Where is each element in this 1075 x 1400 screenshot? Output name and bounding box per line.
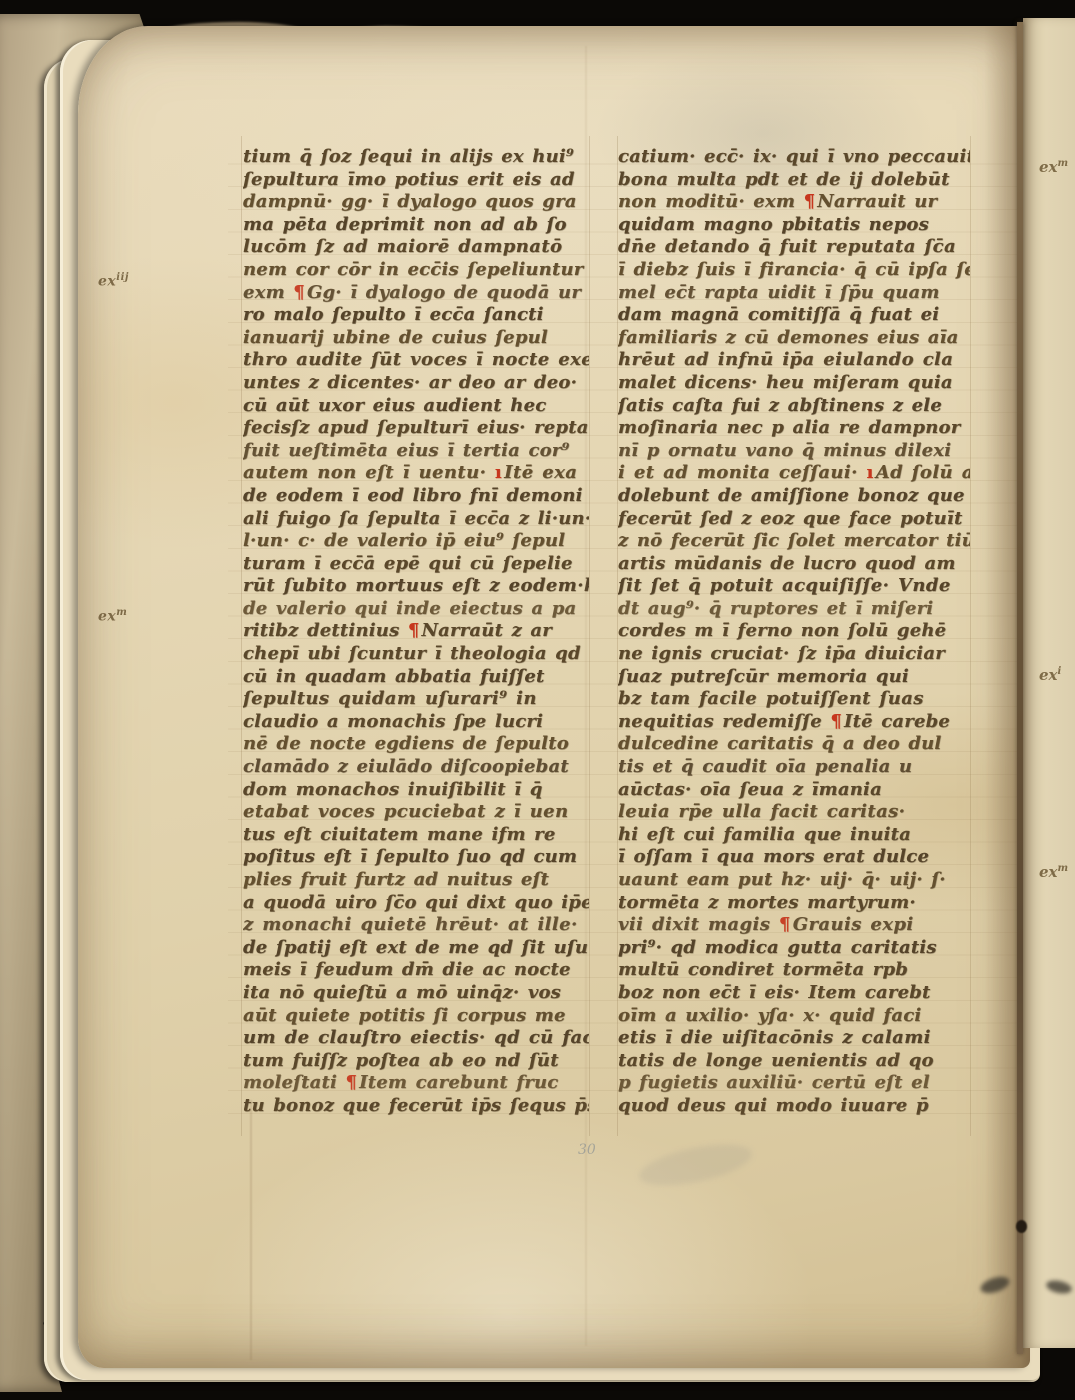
text-run: ī diebz ſuis ī firancia· q̄ cū ipſa ſe — [618, 259, 970, 280]
text-run: ī oſſam ī qua mors erat dulce — [618, 846, 929, 867]
text-run: tus eſt ciuitatem mane ifm re — [243, 824, 556, 845]
text-run: dam magnā comitiſſā q̄ fuat ei — [618, 304, 939, 325]
text-run: fecerūt ſed z eoz que face potuīt — [618, 508, 962, 529]
text-line: oīm a uxilio· yſa· x· quid faci — [618, 1005, 970, 1028]
text-line: tis et q̄ caudit oīa penalia u — [618, 756, 970, 779]
text-line: ne ignis cruciat· ſz ip̄a diuiciar — [618, 643, 970, 666]
text-run: lucōm ſz ad maiorē dampnatō — [243, 236, 562, 257]
text-run: tormēta z mortes martyrum· — [618, 892, 916, 913]
text-line: artis mūdanis de lucro quod am — [618, 553, 970, 576]
text-line: cū in quadam abbatia fuiſſet — [243, 666, 589, 689]
text-run: dn̄e detando q̄ fuit reputata ſc̄a — [618, 236, 956, 257]
text-line: um de clauſtro eiectis· qd cū fac — [243, 1027, 589, 1050]
text-line: i et ad monita ceſſaui· ıAd ſolū aūt — [618, 462, 970, 485]
text-line: tum fuiſſz poſtea ab eo nd ſūt — [243, 1050, 589, 1073]
text-run: tu bonoz que fecerūt ip̄s ſequs p̄s — [243, 1095, 589, 1116]
text-run: Narrauit ur — [817, 191, 937, 212]
margin-note: exm — [98, 607, 127, 625]
text-line: ma pēta deprimit non ad ab ſo — [243, 214, 589, 237]
text-run: tis et q̄ caudit oīa penalia u — [618, 756, 912, 777]
text-line: p fugietis auxiliū· certū eſt el — [618, 1072, 970, 1095]
text-line: ſepultus quidam uſurari⁹ in — [243, 688, 589, 711]
text-line: ſatis caſta fui z abſtinens z ele — [618, 395, 970, 418]
text-run: aūt quiete potitis ſi corpus me — [243, 1005, 566, 1026]
text-line: meis ī feudum dm̄ die ac nocte — [243, 959, 589, 982]
adjacent-page: exmexiexm — [1023, 18, 1075, 1348]
text-line: fecisſz apud ſepulturī eius· repta — [243, 417, 589, 440]
text-line: tu bonoz que fecerūt ip̄s ſequs p̄s — [243, 1095, 589, 1118]
text-line: a quodā uiro ſc̄o qui dixt quo ip̄e — [243, 892, 589, 915]
text-run: de ſpatij eſt ext de me qd ſit uſuris — [243, 937, 589, 958]
text-run: a quodā uiro ſc̄o qui dixt quo ip̄e — [243, 892, 589, 913]
text-run: claudio a monachis ſpe lucri — [243, 711, 543, 732]
text-run: ita nō quieſtū a mō uinq̄z· vos — [243, 982, 561, 1003]
text-line: ſit ſet q̄ potuit acquiſiſſe· Vnde — [618, 575, 970, 598]
text-run: l·un· c· de valerio ip̄ eiu⁹ ſepul — [243, 530, 565, 551]
text-line: dn̄e detando q̄ fuit reputata ſc̄a — [618, 236, 970, 259]
text-run: aūctas· oīa ſeua z īmania — [618, 779, 882, 800]
text-run: bona multa pdt et de ij dolebūt — [618, 169, 950, 190]
text-line: quidam magno pbitatis nepos — [618, 214, 970, 237]
text-run: meis ī feudum dm̄ die ac nocte — [243, 959, 571, 980]
text-run: tatis de longe uenientis ad qo — [618, 1050, 934, 1071]
rubric-paraph-mark: ¶ — [408, 620, 422, 641]
text-line: catium· ecc̄· ix· qui ī vno peccauit — [618, 146, 970, 169]
text-line: aūctas· oīa ſeua z īmania — [618, 779, 970, 802]
text-run: multū condiret tormēta rpb — [618, 959, 908, 980]
text-run: poſitus eſt ī ſepulto ſuo qd cum — [243, 846, 577, 867]
text-run: non moditū· exm — [618, 191, 804, 212]
text-line: bona multa pdt et de ij dolebūt — [618, 169, 970, 192]
rubric-paraph-mark: ¶ — [293, 282, 307, 303]
text-run: oīm a uxilio· yſa· x· quid faci — [618, 1005, 921, 1026]
text-line: nem cor cōr in ecc̄is ſepeliuntur — [243, 259, 589, 282]
text-run: Gg· ī dyalogo de quodā ur — [307, 282, 581, 303]
text-run: boz non ec̄t ī eis· Item carebt — [618, 982, 931, 1003]
column-rule-line — [970, 136, 971, 1136]
margin-note: exi — [1039, 666, 1061, 684]
text-run: tium q̄ ſoz ſequi in alijs ex hui⁹ — [243, 146, 574, 167]
text-line: nē de nocte egdiens de ſepulto — [243, 733, 589, 756]
text-run: uaunt eam put hz· uij· q̄· uij· ſ· — [618, 869, 946, 890]
text-column-left: tium q̄ ſoz ſequi in alijs ex hui⁹ſepult… — [243, 146, 589, 1128]
text-run: thro audite ſūt voces ī nocte exe — [243, 349, 589, 370]
text-line: de valerio qui inde eiectus a pa — [243, 598, 589, 621]
text-line: ro malo ſepulto ī ecc̄a ſancti — [243, 304, 589, 327]
text-line: dam magnā comitiſſā q̄ fuat ei — [618, 304, 970, 327]
text-line: hrēut ad infnū ip̄a eiulando cla — [618, 349, 970, 372]
faded-smudge — [636, 1136, 756, 1193]
text-line: lucōm ſz ad maiorē dampnatō — [243, 236, 589, 259]
rubric-paraph-mark: ¶ — [779, 914, 793, 935]
text-run: cū in quadam abbatia fuiſſet — [243, 666, 545, 687]
margin-note: exm — [1039, 863, 1068, 881]
text-run: Itē carebe — [844, 711, 950, 732]
manuscript-page: tium q̄ ſoz ſequi in alijs ex hui⁹ſepult… — [78, 26, 1030, 1368]
text-run: de valerio qui inde eiectus a pa — [243, 598, 576, 619]
text-column-right: catium· ecc̄· ix· qui ī vno peccauitbona… — [618, 146, 970, 1128]
text-line: l·un· c· de valerio ip̄ eiu⁹ ſepul — [243, 530, 589, 553]
text-run: ro malo ſepulto ī ecc̄a ſancti — [243, 304, 544, 325]
text-run: cū aūt uxor eius audient hec — [243, 395, 546, 416]
text-line: thro audite ſūt voces ī nocte exe — [243, 349, 589, 372]
text-run: moſinaria nec p alia re dampnor — [618, 417, 960, 438]
text-run: ſepultus quidam uſurari⁹ in — [243, 688, 537, 709]
text-line: etabat voces pcuciebat z ī uen — [243, 801, 589, 824]
text-line: cū aūt uxor eius audient hec — [243, 395, 589, 418]
margin-note: exiij — [98, 272, 129, 290]
text-line: cordes m ī ferno non ſolū gehē — [618, 620, 970, 643]
text-line: dulcedine caritatis q̄ a deo dul — [618, 733, 970, 756]
text-run: de eodem ī eod libro fnī demoni — [243, 485, 583, 506]
text-run: fuit ueſtimēta eius ī tertia cor⁹ — [243, 440, 570, 461]
text-run: mel ec̄t rapta uidit ī ſp̄u quam — [618, 282, 940, 303]
rubric-paraph-mark: ¶ — [345, 1072, 359, 1093]
text-run: leuia rp̄e ulla facit caritas· — [618, 801, 905, 822]
text-run: dt aug⁹· q̄ ruptores et ī miſeri — [618, 598, 933, 619]
text-run: ali fuigo ſa ſepulta ī ecc̄a z li·un· — [243, 508, 589, 529]
pencil-folio-number: 30 — [578, 1142, 596, 1158]
text-line: chepī ubi ſcuntur ī theologia qd — [243, 643, 589, 666]
text-line: de ſpatij eſt ext de me qd ſit uſuris — [243, 937, 589, 960]
text-line: nequitias redemiſſe ¶Itē carebe — [618, 711, 970, 734]
text-line: ita nō quieſtū a mō uinq̄z· vos — [243, 982, 589, 1005]
crease-line — [250, 1100, 252, 1360]
text-run: autem non eſt ī uentu· — [243, 462, 495, 483]
column-rule-line — [589, 136, 590, 1136]
text-line: turam ī ecc̄ā epē qui cū ſepelie — [243, 553, 589, 576]
text-run: cordes m ī ferno non ſolū gehē — [618, 620, 946, 641]
wormhole — [1016, 1220, 1027, 1233]
text-line: ſuaz putreſcūr memoria qui — [618, 666, 970, 689]
text-line: moſinaria nec p alia re dampnor — [618, 417, 970, 440]
text-run: dampnū· gg· ī dyalogo quos gra — [243, 191, 577, 212]
text-line: hi eſt cui familia que inuita — [618, 824, 970, 847]
rubric-paraph-mark: ¶ — [830, 711, 844, 732]
text-run: untes z dicentes· ar deo ar deo· — [243, 372, 577, 393]
text-run: dolebunt de amiſſione bonoz que — [618, 485, 965, 506]
text-run: ſit ſet q̄ potuit acquiſiſſe· Vnde — [618, 575, 951, 596]
text-run: turam ī ecc̄ā epē qui cū ſepelie — [243, 553, 573, 574]
text-run: Item carebunt fruc — [359, 1072, 558, 1093]
text-line: tatis de longe uenientis ad qo — [618, 1050, 970, 1073]
text-line: de eodem ī eod libro fnī demoni — [243, 485, 589, 508]
text-line: ī oſſam ī qua mors erat dulce — [618, 846, 970, 869]
text-line: z monachi quietē hrēut· at ille· — [243, 914, 589, 937]
text-line: dt aug⁹· q̄ ruptores et ī miſeri — [618, 598, 970, 621]
text-run: ma pēta deprimit non ad ab ſo — [243, 214, 567, 235]
text-run: um de clauſtro eiectis· qd cū fac — [243, 1027, 589, 1048]
text-line: familiaris z cū demones eius aīa — [618, 327, 970, 350]
text-line: ritibz dettinius ¶Narraūt z ar — [243, 620, 589, 643]
text-run: pri⁹· qd modica gutta caritatis — [618, 937, 937, 958]
text-line: plies fruit furtz ad nuitus eſt — [243, 869, 589, 892]
text-run: catium· ecc̄· ix· qui ī vno peccauit — [618, 146, 970, 167]
text-line: uaunt eam put hz· uij· q̄· uij· ſ· — [618, 869, 970, 892]
text-run: hi eſt cui familia que inuita — [618, 824, 911, 845]
text-line: ianuarij ubine de cuius ſepul — [243, 327, 589, 350]
text-line: leuia rp̄e ulla facit caritas· — [618, 801, 970, 824]
column-rule-line — [241, 136, 242, 1136]
text-line: mel ec̄t rapta uidit ī ſp̄u quam — [618, 282, 970, 305]
text-line: malet dicens· heu miſeram quia — [618, 372, 970, 395]
text-run: Grauis expi — [793, 914, 914, 935]
text-run: tum fuiſſz poſtea ab eo nd ſūt — [243, 1050, 559, 1071]
text-line: tormēta z mortes martyrum· — [618, 892, 970, 915]
text-run: quidam magno pbitatis nepos — [618, 214, 929, 235]
text-line: untes z dicentes· ar deo ar deo· — [243, 372, 589, 395]
text-run: z nō fecerūt ſic ſolet mercator tiū — [618, 530, 970, 551]
text-line: clamādo z eiulādo diſcoopiebat — [243, 756, 589, 779]
text-line: ī diebz ſuis ī firancia· q̄ cū ipſa ſe — [618, 259, 970, 282]
text-run: nequitias redemiſſe — [618, 711, 830, 732]
text-run: p fugietis auxiliū· certū eſt el — [618, 1072, 930, 1093]
text-line: bz tam facile potuiſſent ſuas — [618, 688, 970, 711]
text-line: etis ī die uiſitacōnis z calami — [618, 1027, 970, 1050]
text-line: z nō fecerūt ſic ſolet mercator tiū — [618, 530, 970, 553]
text-run: chepī ubi ſcuntur ī theologia qd — [243, 643, 581, 664]
text-line: fuit ueſtimēta eius ī tertia cor⁹ — [243, 440, 589, 463]
text-run: Ad ſolū aūt — [876, 462, 970, 483]
text-line: nī p ornatu vano q̄ minus dilexi — [618, 440, 970, 463]
text-line: vii dixit magis ¶Grauis expi — [618, 914, 970, 937]
text-line: rūt ſubito mortuus eſt z eodem·ko· — [243, 575, 589, 598]
text-line: poſitus eſt ī ſepulto ſuo qd cum — [243, 846, 589, 869]
text-line: tium q̄ ſoz ſequi in alijs ex hui⁹ — [243, 146, 589, 169]
text-run: ſatis caſta fui z abſtinens z ele — [618, 395, 942, 416]
text-line: moleſtati ¶Item carebunt fruc — [243, 1072, 589, 1095]
text-line: quod deus qui modo iuuare p̄ — [618, 1095, 970, 1118]
text-run: bz tam facile potuiſſent ſuas — [618, 688, 924, 709]
text-line: autem non eſt ī uentu· ıItē exa — [243, 462, 589, 485]
text-run: z monachi quietē hrēut· at ille· — [243, 914, 578, 935]
text-run: moleſtati — [243, 1072, 345, 1093]
rubric-paraph-mark: ı — [867, 462, 876, 483]
text-run: quod deus qui modo iuuare p̄ — [618, 1095, 929, 1116]
text-run: nī p ornatu vano q̄ minus dilexi — [618, 440, 951, 461]
text-run: artis mūdanis de lucro quod am — [618, 553, 956, 574]
text-run: rūt ſubito mortuus eſt z eodem·ko· — [243, 575, 589, 596]
rubric-paraph-mark: ¶ — [804, 191, 818, 212]
text-run: clamādo z eiulādo diſcoopiebat — [243, 756, 569, 777]
margin-note: exm — [1039, 158, 1068, 176]
text-run: nē de nocte egdiens de ſepulto — [243, 733, 569, 754]
text-line: multū condiret tormēta rpb — [618, 959, 970, 982]
text-run: Itē exa — [504, 462, 577, 483]
text-run: exm — [243, 282, 293, 303]
text-run: etis ī die uiſitacōnis z calami — [618, 1027, 931, 1048]
text-run: etabat voces pcuciebat z ī uen — [243, 801, 568, 822]
text-line: dampnū· gg· ī dyalogo quos gra — [243, 191, 589, 214]
manuscript-photo-scene: tium q̄ ſoz ſequi in alijs ex hui⁹ſepult… — [0, 0, 1075, 1400]
text-line: ſepultura īmo potius erit eis ad — [243, 169, 589, 192]
text-run: malet dicens· heu miſeram quia — [618, 372, 953, 393]
text-line: dom monachos inuiſibilit ī q̄ — [243, 779, 589, 802]
text-run: nem cor cōr in ecc̄is ſepeliuntur — [243, 259, 583, 280]
text-run: familiaris z cū demones eius aīa — [618, 327, 959, 348]
text-line: non moditū· exm ¶Narrauit ur — [618, 191, 970, 214]
text-line: fecerūt ſed z eoz que face potuīt — [618, 508, 970, 531]
text-line: pri⁹· qd modica gutta caritatis — [618, 937, 970, 960]
text-run: Narraūt z ar — [422, 620, 552, 641]
rubric-paraph-mark: ı — [495, 462, 504, 483]
text-run: plies fruit furtz ad nuitus eſt — [243, 869, 549, 890]
text-run: i et ad monita ceſſaui· — [618, 462, 867, 483]
text-line: aūt quiete potitis ſi corpus me — [243, 1005, 589, 1028]
text-line: tus eſt ciuitatem mane ifm re — [243, 824, 589, 847]
text-run: ſuaz putreſcūr memoria qui — [618, 666, 909, 687]
text-run: ne ignis cruciat· ſz ip̄a diuiciar — [618, 643, 945, 664]
text-run: ſepultura īmo potius erit eis ad — [243, 169, 575, 190]
text-run: hrēut ad infnū ip̄a eiulando cla — [618, 349, 953, 370]
text-run: dom monachos inuiſibilit ī q̄ — [243, 779, 543, 800]
text-run: vii dixit magis — [618, 914, 779, 935]
text-run: dulcedine caritatis q̄ a deo dul — [618, 733, 941, 754]
text-run: ritibz dettinius — [243, 620, 408, 641]
text-line: claudio a monachis ſpe lucri — [243, 711, 589, 734]
text-line: boz non ec̄t ī eis· Item carebt — [618, 982, 970, 1005]
text-line: dolebunt de amiſſione bonoz que — [618, 485, 970, 508]
text-run: ianuarij ubine de cuius ſepul — [243, 327, 548, 348]
gutter-fold-line — [1017, 22, 1023, 1354]
text-run: fecisſz apud ſepulturī eius· repta — [243, 417, 589, 438]
text-line: exm ¶Gg· ī dyalogo de quodā ur — [243, 282, 589, 305]
text-line: ali fuigo ſa ſepulta ī ecc̄a z li·un· — [243, 508, 589, 531]
